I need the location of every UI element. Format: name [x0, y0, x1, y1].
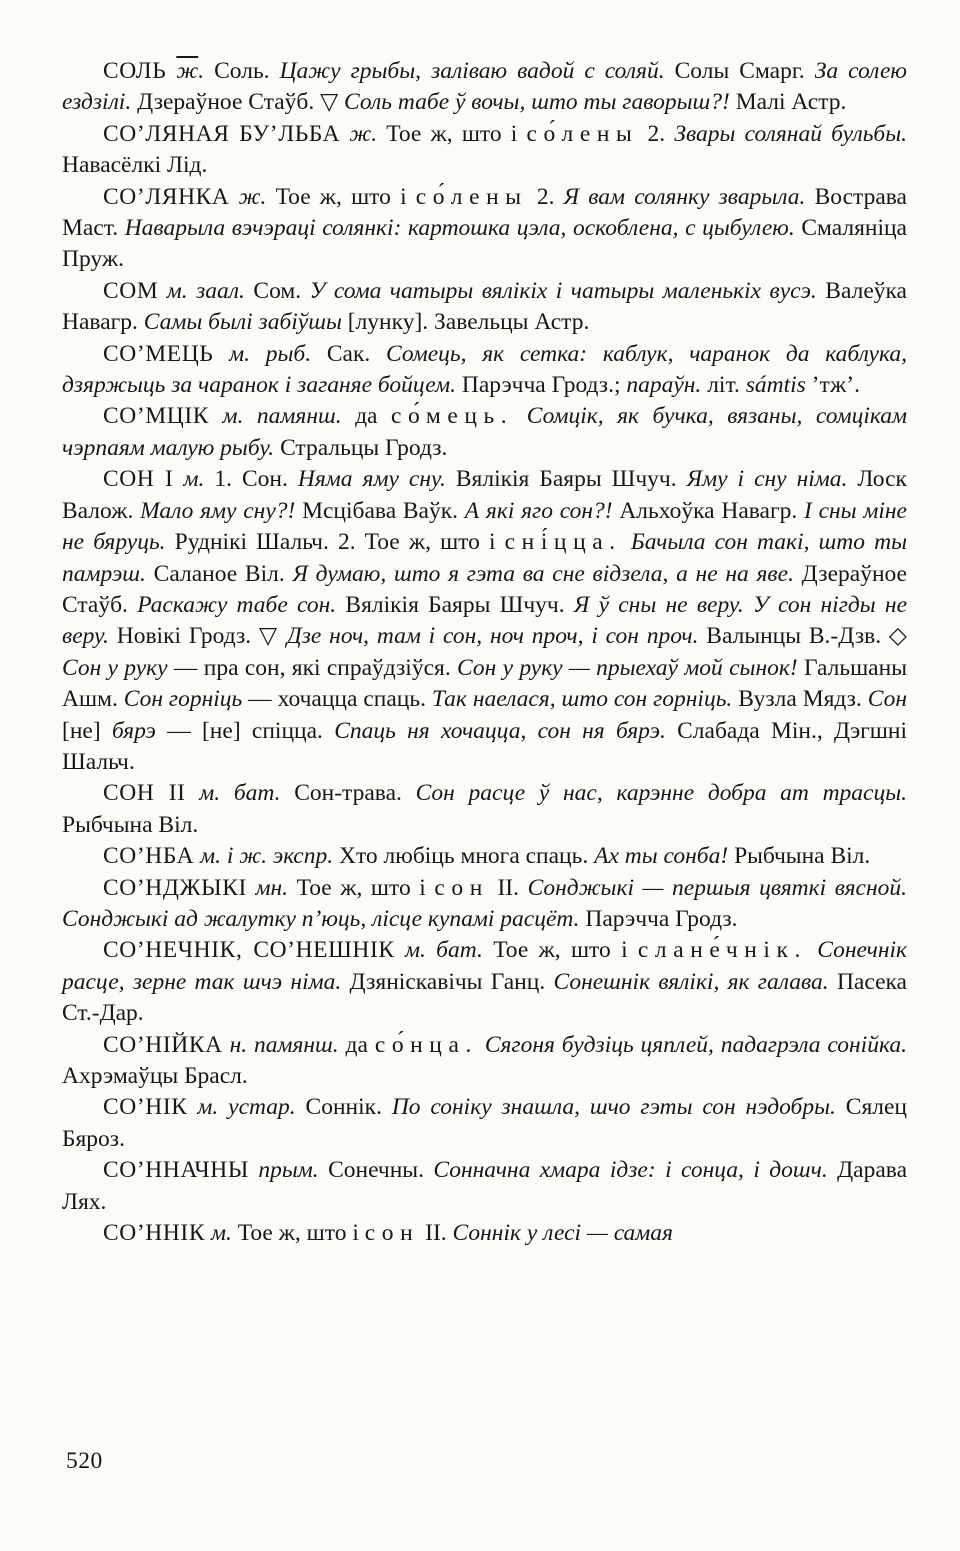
plain-text: да [342, 403, 391, 429]
phrase-marker-icon: ▽ [320, 89, 344, 115]
headword: СОН II [103, 780, 186, 806]
headword: СОʼНБА [103, 843, 194, 869]
plain-text [622, 529, 631, 555]
plain-text: Вялікія Баяры Шчуч. [336, 592, 574, 618]
example-text: Сягоня будзіць цяплей, падагрэла сонійка… [485, 1032, 907, 1058]
plain-text: Навасёлкі Лід. [62, 152, 207, 178]
grammar-label: м. заал. [158, 278, 245, 304]
example-text: Самы былі забіўшы [144, 309, 342, 335]
cross-reference: сон [365, 1220, 420, 1246]
example-text: Яму і сну німа. [687, 466, 848, 492]
plain-text: Парэчча Гродз. [580, 906, 738, 932]
example-text: Сон расце ў нас, карэнне добра ат трасцы… [416, 780, 907, 806]
plain-text: Дзяніскавічы Ганц. [341, 969, 553, 995]
dictionary-entry: СОʼМЕЦЬ м. рыб. Сак. Сомець, як сетка: к… [62, 339, 907, 402]
example-text: Сон [868, 686, 907, 712]
example-text: Соннік у лесі — самая [453, 1220, 673, 1246]
example-text: sámtis [746, 372, 806, 398]
dictionary-entry: СОʼННІК м. Тое ж, што і сон II. Соннік у… [62, 1218, 907, 1249]
dictionary-entry: СОН II м. бат. Сон-трава. Сон расце ў на… [62, 778, 907, 841]
plain-text [807, 937, 817, 963]
example-text: Ах ты сонба! [594, 843, 728, 869]
plain-text: Тое ж, што і [377, 121, 526, 147]
plain-text: Тое ж, што і [483, 937, 638, 963]
example-text: А які яго сон?! [465, 498, 613, 524]
grammar-label: мн. [247, 875, 288, 901]
plain-text: Мсцібава Ваўк. [295, 498, 464, 524]
dictionary-entry: СОʼЛЯНКА ж. Тое ж, што і со́лены 2. Я ва… [62, 182, 907, 276]
plain-text: Альхоўка Навагр. [613, 498, 804, 524]
grammar-label: м. і ж. экспр. [194, 843, 333, 869]
headword: СОʼЛЯНАЯ БУʼЛЬБА [103, 121, 340, 147]
headword: СОʼНДЖЫКІ [103, 875, 247, 901]
example-text: Раскажу табе сон. [137, 592, 336, 618]
plain-text: Сонечны. [319, 1157, 434, 1183]
plain-text: Сом. [245, 278, 310, 304]
plain-text: літ. [701, 372, 745, 398]
phrase-marker-icon: ◇ [889, 623, 907, 649]
cross-reference: слане́чнік. [638, 937, 807, 963]
dictionary-entry: СОʼЛЯНАЯ БУʼЛЬБА ж. Тое ж, што і со́лены… [62, 119, 907, 182]
dictionary-entry: СОʼНІК м. устар. Соннік. По соніку знашл… [62, 1092, 907, 1155]
cross-reference: со́нца. [375, 1032, 478, 1058]
dictionary-page: СОЛЬ ж. Соль. Цажу грыбы, заліваю вадой … [0, 0, 960, 1551]
headword: СОʼННІК [103, 1220, 205, 1246]
plain-text: II. [419, 1220, 452, 1246]
cross-reference: со́мець. [391, 403, 513, 429]
headword: СОМ [103, 278, 158, 304]
headword: СОʼНІЙКА [103, 1032, 223, 1058]
plain-text: Саланое Віл. [146, 561, 293, 587]
example-text: Звары солянай бульбы. [674, 121, 907, 147]
cross-reference: со́лены [416, 184, 528, 210]
plain-text: — пра сон, які спраўдзіўся. [168, 655, 457, 681]
example-text: У сома чатыры вялікіх і чатыры маленькіх… [310, 278, 817, 304]
example-text: Сонешнік вялікі, як галава. [553, 969, 828, 995]
grammar-label: м. [205, 1220, 232, 1246]
headword: СОʼННАЧНЫ [103, 1157, 249, 1183]
dictionary-entry: СОʼНБА м. і ж. экспр. Хто любіць многа с… [62, 841, 907, 872]
plain-text: Рыбчына Віл. [728, 843, 870, 869]
plain-text: Вузла Мядз. [732, 686, 867, 712]
dictionary-entry: СОʼННАЧНЫ прым. Сонечны. Сонначна хмара … [62, 1155, 907, 1218]
plain-text: 2. [638, 121, 674, 147]
plain-text: Стральцы Гродз. [274, 435, 447, 461]
dictionary-entry: СОН I м. 1. Сон. Няма яму сну. Вялікія Б… [62, 464, 907, 778]
example-text: Соль табе ў вочы, што ты гаворыш?! [344, 89, 730, 115]
cross-reference: сон [434, 875, 489, 901]
grammar-label: м. рыб. [213, 341, 311, 367]
cross-reference: со́лены [527, 121, 639, 147]
grammar-label: м. [173, 466, 204, 492]
plain-text: 1. Сон. [204, 466, 298, 492]
grammar-label: прым. [249, 1157, 319, 1183]
example-text: бярэ [112, 718, 156, 744]
headword: СОʼМЕЦЬ [103, 341, 213, 367]
dictionary-entry: СОМ м. заал. Сом. У сома чатыры вялікіх … [62, 276, 907, 339]
plain-text: Тое ж, што і [266, 184, 415, 210]
example-text: Дзе ноч, там і сон, ноч проч, і сон проч… [287, 623, 699, 649]
grammar-label: параўн. [626, 372, 701, 398]
headword: СОН I [103, 466, 173, 492]
plain-text: Сон-трава. [281, 780, 416, 806]
plain-text: ’тж’. [806, 372, 860, 398]
grammar-label: н. памянш. [223, 1032, 339, 1058]
plain-text [166, 58, 176, 84]
gender-label: ж [176, 58, 198, 84]
example-text: Наварыла вэчэраці солянкі: картошка цэла… [125, 215, 795, 241]
example-text: Сон у руку [62, 655, 168, 681]
plain-text: II. [489, 875, 528, 901]
plain-text: Соль. [204, 58, 279, 84]
headword: СОʼНІК [103, 1094, 188, 1120]
plain-text: Соннік. [296, 1094, 392, 1120]
plain-text: Рыбчына Віл. [62, 812, 198, 838]
plain-text: Парэчча Гродз.; [456, 372, 626, 398]
plain-text: — [не] спіцца. [156, 718, 334, 744]
plain-text: Тое ж, што і [232, 1220, 365, 1246]
phrase-marker-icon: ▽ [259, 623, 287, 649]
headword: СОʼНЕЧНІК, СОʼНЕШНІК [103, 937, 395, 963]
plain-text: Вялікія Баяры Шчуч. [446, 466, 687, 492]
plain-text: Руднікі Шальч. 2. Тое ж, што і [166, 529, 505, 555]
page-number: 520 [66, 1448, 103, 1475]
plain-text: Сак. [311, 341, 386, 367]
plain-text: Хто любіць многа спаць. [333, 843, 594, 869]
example-text: Сонначна хмара ідзе: і сонца, і дошч. [433, 1157, 827, 1183]
plain-text: [лунку]. Завельцы Астр. [342, 309, 589, 335]
grammar-label: м. бат. [186, 780, 281, 806]
plain-text: да [339, 1032, 375, 1058]
example-text: Так наелася, што сон горніць. [432, 686, 732, 712]
plain-text: Валынцы В.-Дзв. [698, 623, 888, 649]
example-text: Сон горніць [124, 686, 242, 712]
example-text: По соніку знашла, шчо гэты сон нэдобры. [392, 1094, 836, 1120]
dictionary-entry: СОЛЬ ж. Соль. Цажу грыбы, заліваю вадой … [62, 56, 907, 119]
dictionary-entries: СОЛЬ ж. Соль. Цажу грыбы, заліваю вадой … [62, 56, 907, 1249]
headword: СОʼЛЯНКА [103, 184, 230, 210]
headword: СОʼМЦІК [103, 403, 209, 429]
cross-reference: сні́цца. [505, 529, 622, 555]
example-text: Цажу грыбы, заліваю вадой с соляй. [280, 58, 665, 84]
example-text: Сон у руку — прыехаў мой сынок! [457, 655, 798, 681]
example-text: Я думаю, што я гэта ва сне відзела, а не… [292, 561, 794, 587]
grammar-label: м. устар. [188, 1094, 296, 1120]
plain-text: — хочацца спаць. [242, 686, 432, 712]
plain-text: Тое ж, што і [288, 875, 434, 901]
plain-text: Ахрэмаўцы Брасл. [62, 1063, 248, 1089]
grammar-label: ж. [340, 121, 377, 147]
grammar-label: м. бат. [395, 937, 483, 963]
plain-text: Солы Смарг. [665, 58, 815, 84]
plain-text: Дзераўное Стаўб. [131, 89, 320, 115]
example-text: Няма яму сну. [298, 466, 446, 492]
example-text: Я вам солянку зварыла. [564, 184, 806, 210]
plain-text [478, 1032, 485, 1058]
plain-text: [не] [62, 718, 112, 744]
example-text: Мало яму сну?! [140, 498, 295, 524]
grammar-label: м. памянш. [209, 403, 342, 429]
headword: СОЛЬ [103, 58, 166, 84]
example-text: Спаць ня хочацца, сон ня бярэ. [334, 718, 666, 744]
plain-text: Малі Астр. [730, 89, 847, 115]
plain-text: Новікі Гродз. [109, 623, 259, 649]
plain-text [513, 403, 527, 429]
dictionary-entry: СОʼМЦІК м. памянш. да со́мець. Сомцік, я… [62, 401, 907, 464]
dictionary-entry: СОʼНЕЧНІК, СОʼНЕШНІК м. бат. Тое ж, што … [62, 935, 907, 1029]
dictionary-entry: СОʼНІЙКА н. памянш. да со́нца. Сягоня бу… [62, 1030, 907, 1093]
plain-text: 2. [528, 184, 564, 210]
grammar-label: ж. [230, 184, 267, 210]
dictionary-entry: СОʼНДЖЫКІ мн. Тое ж, што і сон II. Сондж… [62, 873, 907, 936]
